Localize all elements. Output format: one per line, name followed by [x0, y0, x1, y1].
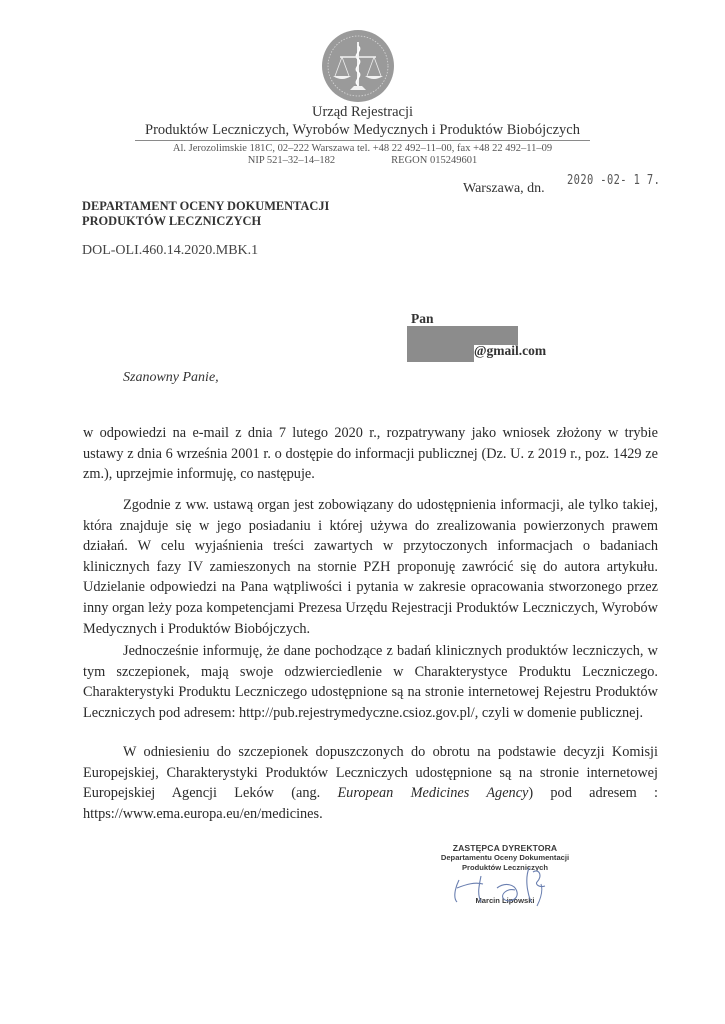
paragraph-text: Jednocześnie informuję, że dane pochodzą… — [83, 643, 658, 721]
letterhead-divider — [135, 140, 590, 141]
organization-name-line2: Produktów Leczniczych, Wyrobów Medycznyc… — [0, 121, 725, 139]
body-paragraph-4: W odniesieniu do szczepionek dopuszczony… — [83, 742, 658, 824]
department-line2: PRODUKTÓW LECZNICZYCH — [82, 214, 329, 229]
organization-address: Al. Jerozolimskie 181C, 02–222 Warszawa … — [0, 143, 725, 167]
department-name: DEPARTAMENT OCENY DOKUMENTACJI PRODUKTÓW… — [82, 199, 329, 229]
paragraph-text: w odpowiedzi na e-mail z dnia 7 lutego 2… — [83, 425, 658, 482]
date-stamp: 2020 -02- 1 7. — [567, 173, 660, 188]
salutation: Szanowny Panie, — [123, 370, 219, 386]
paragraph-text: Zgodnie z ww. ustawą organ jest zobowiąz… — [83, 497, 658, 637]
regon-number: REGON 015249601 — [391, 155, 477, 166]
body-paragraph-1: w odpowiedzi na e-mail z dnia 7 lutego 2… — [83, 423, 658, 485]
stamp-title: ZASTĘPCA DYREKTORA — [430, 843, 580, 853]
organization-name-line1: Urząd Rejestracji — [0, 103, 725, 121]
redaction-block — [407, 344, 474, 362]
address-line: Al. Jerozolimskie 181C, 02–222 Warszawa … — [0, 143, 725, 155]
reference-number: DOL-OLI.460.14.2020.MBK.1 — [82, 243, 258, 259]
organization-name: Urząd Rejestracji Produktów Leczniczych,… — [0, 103, 725, 139]
recipient-email-suffix: @gmail.com — [474, 343, 546, 359]
recipient-title: Pan — [411, 311, 434, 327]
handwritten-signature-icon — [445, 858, 565, 918]
body-paragraph-2: Zgodnie z ww. ustawą organ jest zobowiąz… — [83, 495, 658, 639]
body-paragraph-3: Jednocześnie informuję, że dane pochodzą… — [83, 641, 658, 723]
agency-name-italic: European Medicines Agency — [337, 785, 528, 801]
department-line1: DEPARTAMENT OCENY DOKUMENTACJI — [82, 199, 329, 214]
place-and-date-label: Warszawa, dn. — [463, 181, 545, 197]
caduceus-scales-seal-icon — [320, 28, 396, 104]
nip-number: NIP 521–32–14–182 — [248, 155, 335, 166]
